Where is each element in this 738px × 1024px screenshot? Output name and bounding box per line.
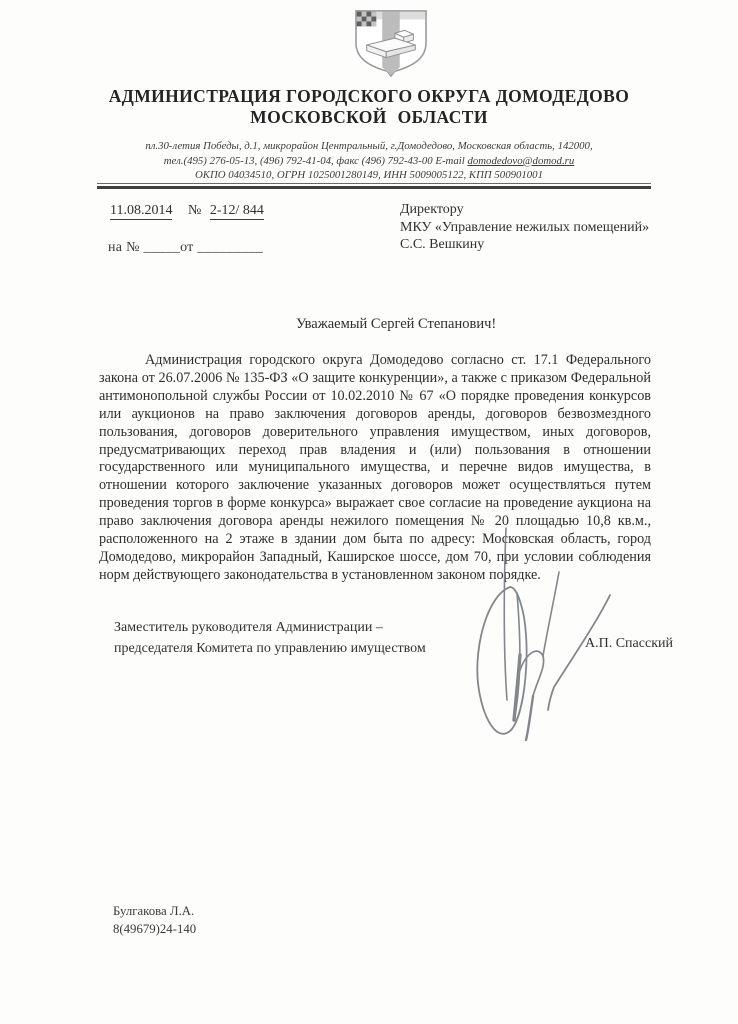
executor-block: Булгакова Л.А. 8(49679)24-140: [113, 903, 196, 938]
signer-name: А.П. Спасский: [585, 636, 673, 652]
org-name: АДМИНИСТРАЦИЯ ГОРОДСКОГО ОКРУГА ДОМОДЕДО…: [0, 86, 738, 128]
signer-title-line1: Заместитель руководителя Администрации –: [114, 617, 426, 638]
signer-title-line2: председателя Комитета по управлению имущ…: [114, 638, 426, 659]
reply-reference-line: на № _____от _________: [108, 240, 263, 256]
checkered-canton: [357, 12, 376, 27]
executor-phone: 8(49679)24-140: [113, 921, 196, 939]
org-contacts-line: тел.(495) 276-05-13, (496) 792-41-04, фа…: [0, 154, 738, 169]
org-address-block: пл.30-летия Победы, д.1, микрорайон Цент…: [0, 139, 738, 183]
outgoing-reference: 11.08.2014 № 2-12/ 844: [110, 203, 264, 219]
number-sign: №: [188, 203, 201, 218]
letterhead-rule-thick: [97, 186, 651, 189]
letterhead-rule-thin: [97, 183, 651, 184]
recipient-name: С.С. Вешкину: [400, 236, 649, 254]
org-name-line1: АДМИНИСТРАЦИЯ ГОРОДСКОГО ОКРУГА ДОМОДЕДО…: [0, 86, 738, 107]
salutation: Уважаемый Сергей Степанович!: [296, 316, 496, 333]
signer-title: Заместитель руководителя Администрации –…: [114, 617, 426, 659]
outgoing-number: 2-12/ 844: [210, 203, 264, 220]
org-address-line: пл.30-летия Победы, д.1, микрорайон Цент…: [0, 139, 738, 154]
org-name-line2: МОСКОВСКОЙ ОБЛАСТИ: [0, 107, 738, 128]
executor-name: Булгакова Л.А.: [113, 903, 196, 921]
recipient-position: Директору: [400, 201, 649, 219]
recipient-block: Директору МКУ «Управление нежилых помеще…: [400, 201, 649, 254]
recipient-organization: МКУ «Управление нежилых помещений»: [400, 219, 649, 237]
coat-of-arms-icon: [349, 8, 433, 78]
scanned-letter-page: АДМИНИСТРАЦИЯ ГОРОДСКОГО ОКРУГА ДОМОДЕДО…: [0, 0, 738, 1024]
org-codes-line: ОКПО 04034510, ОГРН 1025001280149, ИНН 5…: [0, 168, 738, 183]
handwritten-signature-icon: [458, 505, 628, 755]
org-email: domodedovo@domod.ru: [467, 155, 574, 167]
outgoing-date: 11.08.2014: [110, 203, 172, 220]
